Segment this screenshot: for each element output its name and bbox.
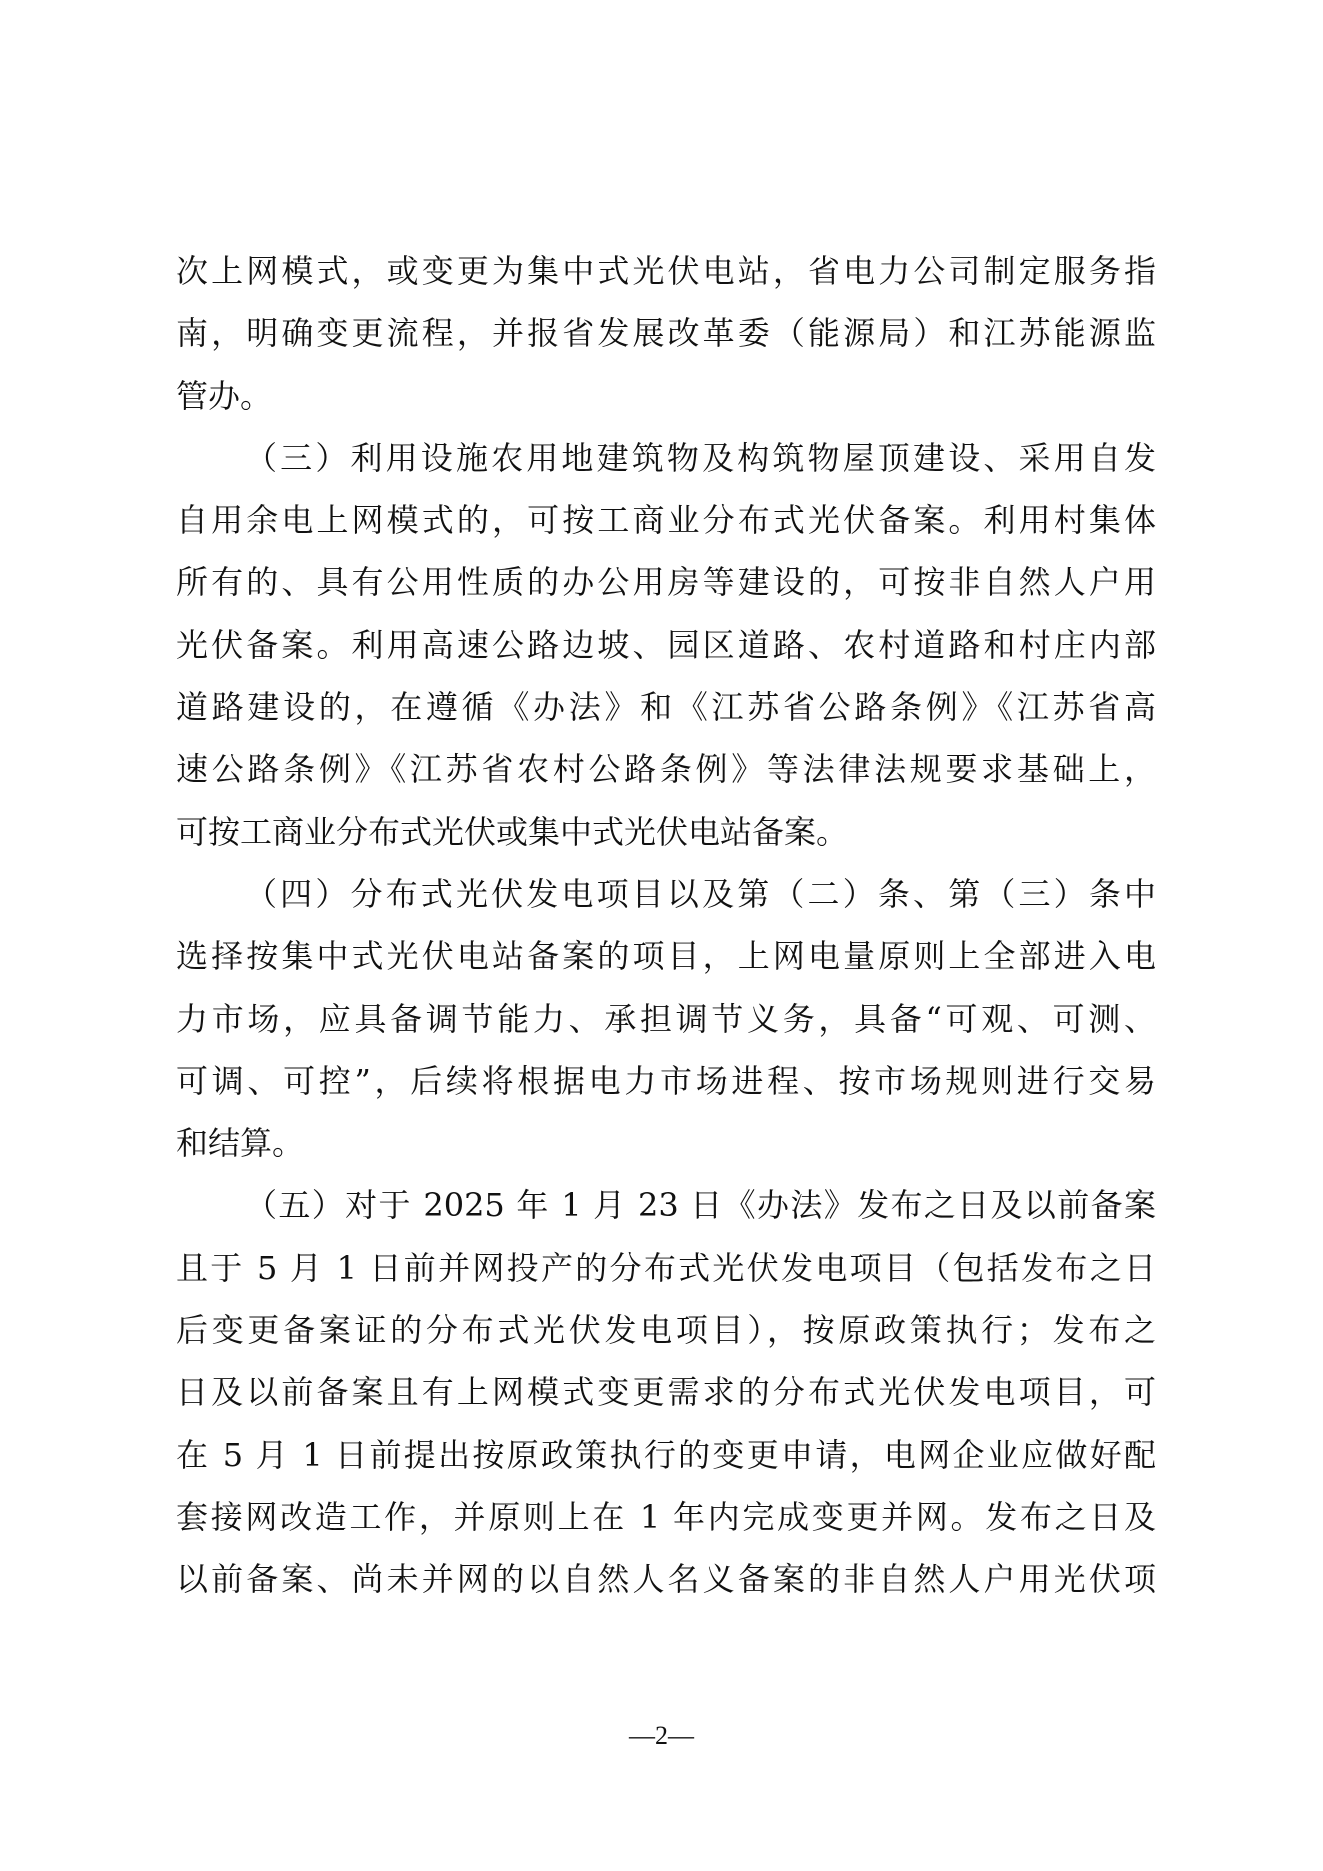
text-line: 以前备案、尚未并网的以自然人名义备案的非自然人户用光伏项 <box>176 1548 1156 1610</box>
text-line: 日及以前备案且有上网模式变更需求的分布式光伏发电项目，可 <box>176 1361 1156 1423</box>
text-line: 道路建设的，在遵循《办法》和《江苏省公路条例》《江苏省高 <box>176 676 1156 738</box>
text-line: 后变更备案证的分布式光伏发电项目），按原政策执行；发布之 <box>176 1299 1156 1361</box>
text-line: 套接网改造工作，并原则上在 1 年内完成变更并网。发布之日及 <box>176 1486 1156 1548</box>
document-page: 次上网模式，或变更为集中式光伏电站，省电力公司制定服务指 南，明确变更流程，并报… <box>0 0 1323 1871</box>
text-line: 且于 5 月 1 日前并网投产的分布式光伏发电项目（包括发布之日 <box>176 1237 1156 1299</box>
text-line: 所有的、具有公用性质的办公用房等建设的，可按非自然人户用 <box>176 551 1156 613</box>
paragraph-item-5: （五）对于 2025 年 1 月 23 日《办法》发布之日及以前备案 且于 5 … <box>176 1174 1156 1610</box>
text-line: 在 5 月 1 日前提出按原政策执行的变更申请，电网企业应做好配 <box>176 1424 1156 1486</box>
text-line: （三）利用设施农用地建筑物及构筑物屋顶建设、采用自发 <box>176 427 1156 489</box>
text-line: 可调、可控”，后续将根据电力市场进程、按市场规则进行交易 <box>176 1050 1156 1112</box>
text-line: 次上网模式，或变更为集中式光伏电站，省电力公司制定服务指 <box>176 240 1156 302</box>
text-line: 力市场，应具备调节能力、承担调节义务，具备“可观、可测、 <box>176 988 1156 1050</box>
text-line: 速公路条例》《江苏省农村公路条例》等法律法规要求基础上， <box>176 738 1156 800</box>
page-number: —2— <box>0 1716 1323 1756</box>
text-line: 可按工商业分布式光伏或集中式光伏电站备案。 <box>176 801 1156 863</box>
paragraph-item-4: （四）分布式光伏发电项目以及第（二）条、第（三）条中 选择按集中式光伏电站备案的… <box>176 863 1156 1174</box>
text-line: 和结算。 <box>176 1112 1156 1174</box>
text-line: （五）对于 2025 年 1 月 23 日《办法》发布之日及以前备案 <box>176 1174 1156 1236</box>
text-line: 光伏备案。利用高速公路边坡、园区道路、农村道路和村庄内部 <box>176 614 1156 676</box>
text-line: （四）分布式光伏发电项目以及第（二）条、第（三）条中 <box>176 863 1156 925</box>
text-line: 自用余电上网模式的，可按工商业分布式光伏备案。利用村集体 <box>176 489 1156 551</box>
text-line: 选择按集中式光伏电站备案的项目，上网电量原则上全部进入电 <box>176 925 1156 987</box>
text-line: 南，明确变更流程，并报省发展改革委（能源局）和江苏能源监 <box>176 302 1156 364</box>
body-text: 次上网模式，或变更为集中式光伏电站，省电力公司制定服务指 南，明确变更流程，并报… <box>176 240 1156 1611</box>
text-line: 管办。 <box>176 365 1156 427</box>
paragraph-continuation: 次上网模式，或变更为集中式光伏电站，省电力公司制定服务指 南，明确变更流程，并报… <box>176 240 1156 427</box>
paragraph-item-3: （三）利用设施农用地建筑物及构筑物屋顶建设、采用自发 自用余电上网模式的，可按工… <box>176 427 1156 863</box>
